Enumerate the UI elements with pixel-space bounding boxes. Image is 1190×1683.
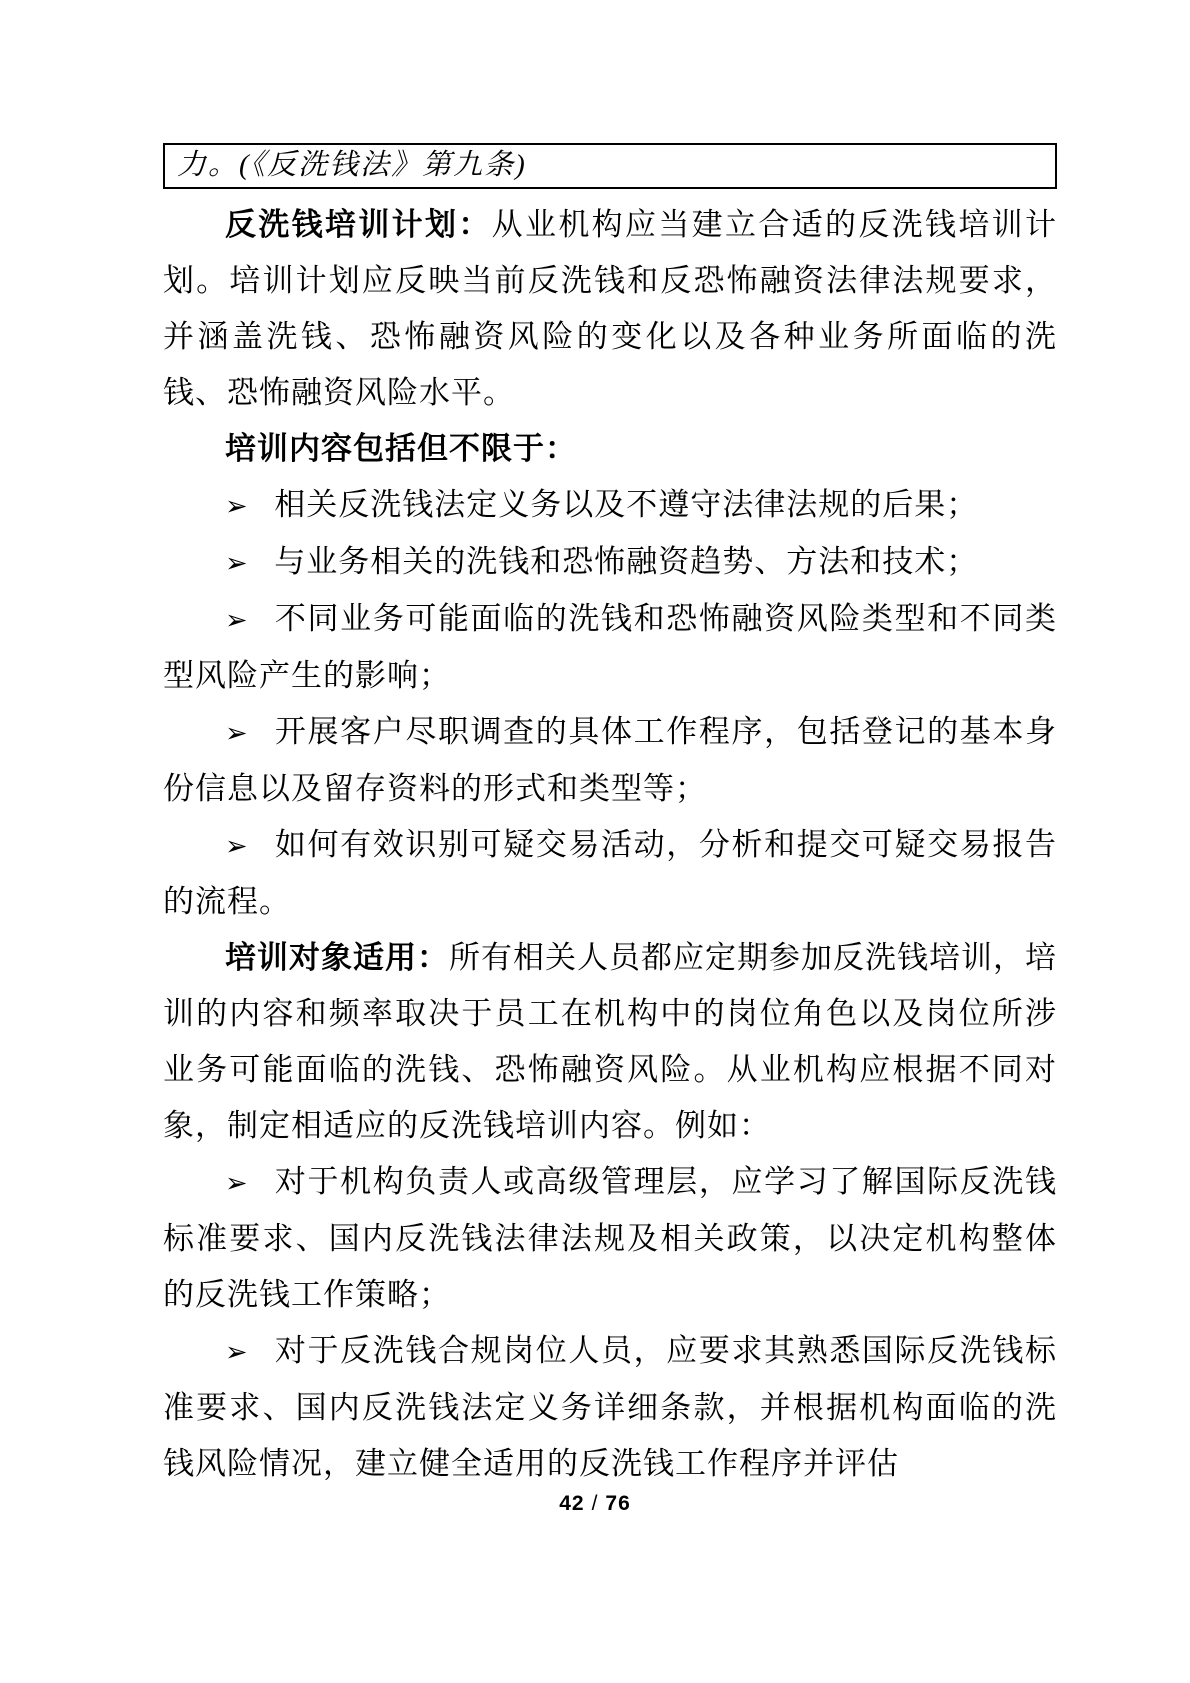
list-item: ➢相关反洗钱法定义务以及不遵守法律法规的后果； <box>163 477 1057 534</box>
list-item: ➢开展客户尽职调查的具体工作程序，包括登记的基本身份信息以及留存资料的形式和类型… <box>163 704 1057 817</box>
page-number-footer: 42/76 <box>0 1492 1190 1516</box>
document-body: 反洗钱培训计划：从业机构应当建立合适的反洗钱培训计划。培训计划应反映当前反洗钱和… <box>163 197 1057 1492</box>
list-item-text: 开展客户尽职调查的具体工作程序，包括登记的基本身份信息以及留存资料的形式和类型等… <box>163 714 1057 806</box>
arrow-bullet-icon: ➢ <box>225 1337 249 1367</box>
list-item: ➢与业务相关的洗钱和恐怖融资趋势、方法和技术； <box>163 534 1057 591</box>
arrow-bullet-icon: ➢ <box>225 1168 249 1198</box>
list-item-text: 不同业务可能面临的洗钱和恐怖融资风险类型和不同类型风险产生的影响； <box>163 601 1057 693</box>
arrow-bullet-icon: ➢ <box>225 548 249 578</box>
list-item-text: 对于反洗钱合规岗位人员，应要求其熟悉国际反洗钱标准要求、国内反洗钱法定义务详细条… <box>163 1333 1057 1481</box>
page-number-separator: / <box>592 1492 599 1516</box>
list-item-text: 如何有效识别可疑交易活动，分析和提交可疑交易报告的流程。 <box>163 827 1057 919</box>
list-item: ➢对于机构负责人或高级管理层，应学习了解国际反洗钱标准要求、国内反洗钱法律法规及… <box>163 1154 1057 1323</box>
current-page-number: 42 <box>559 1492 584 1515</box>
paragraph-lead: 培训对象适用： <box>225 940 449 975</box>
paragraph-training-audience: 培训对象适用：所有相关人员都应定期参加反洗钱培训，培训的内容和频率取决于员工在机… <box>163 930 1057 1154</box>
list-item: ➢对于反洗钱合规岗位人员，应要求其熟悉国际反洗钱标准要求、国内反洗钱法定义务详细… <box>163 1323 1057 1492</box>
list-item-text: 与业务相关的洗钱和恐怖融资趋势、方法和技术； <box>274 544 978 579</box>
list-item-text: 对于机构负责人或高级管理层，应学习了解国际反洗钱标准要求、国内反洗钱法律法规及相… <box>163 1164 1057 1312</box>
list-item: ➢如何有效识别可疑交易活动，分析和提交可疑交易报告的流程。 <box>163 817 1057 930</box>
paragraph-lead: 反洗钱培训计划： <box>225 207 492 242</box>
list-item-text: 相关反洗钱法定义务以及不遵守法律法规的后果； <box>274 487 978 522</box>
law-citation-text: 力。(《反洗钱法》第九条) <box>177 149 527 181</box>
arrow-bullet-icon: ➢ <box>225 605 249 635</box>
total-page-count: 76 <box>605 1492 630 1515</box>
law-citation-box: 力。(《反洗钱法》第九条) <box>163 143 1057 189</box>
arrow-bullet-icon: ➢ <box>225 718 249 748</box>
section-heading-training-content: 培训内容包括但不限于： <box>163 421 1057 477</box>
list-item: ➢不同业务可能面临的洗钱和恐怖融资风险类型和不同类型风险产生的影响； <box>163 591 1057 704</box>
arrow-bullet-icon: ➢ <box>225 491 249 521</box>
arrow-bullet-icon: ➢ <box>225 831 249 861</box>
paragraph-training-plan: 反洗钱培训计划：从业机构应当建立合适的反洗钱培训计划。培训计划应反映当前反洗钱和… <box>163 197 1057 421</box>
document-page: 力。(《反洗钱法》第九条) 反洗钱培训计划：从业机构应当建立合适的反洗钱培训计划… <box>0 0 1190 1683</box>
